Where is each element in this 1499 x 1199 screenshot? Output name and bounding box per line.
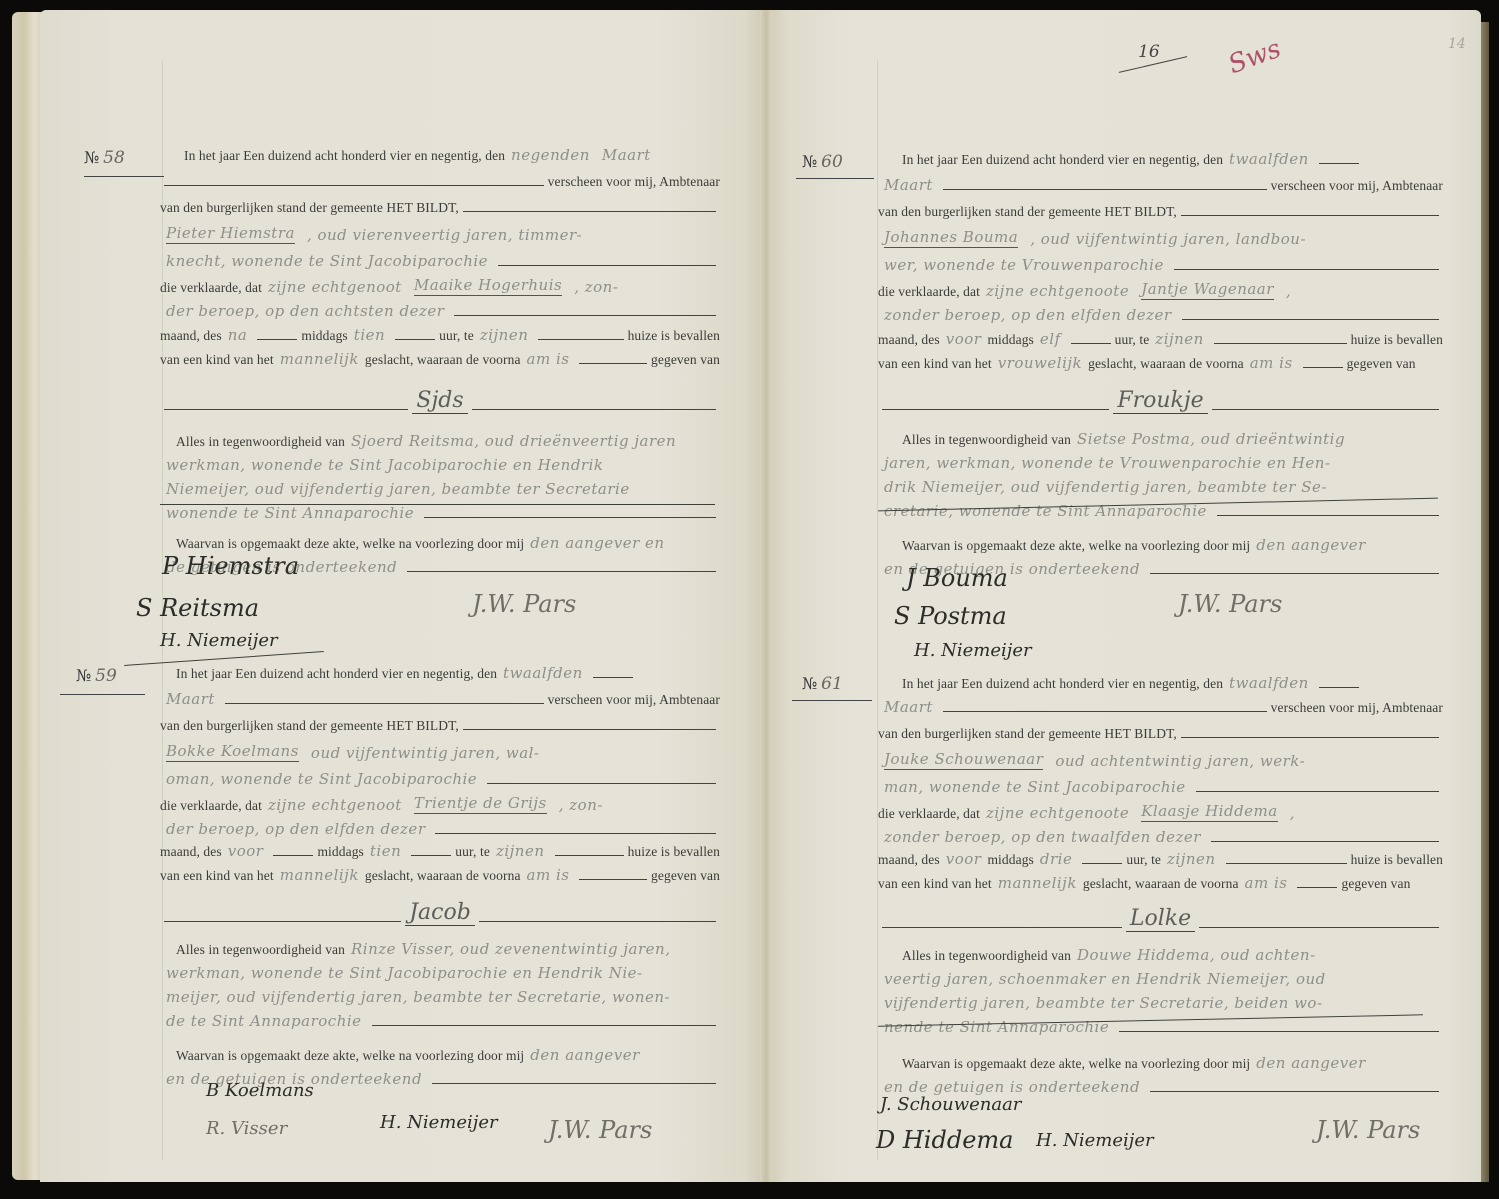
declarant-name: Johannes Bouma (884, 228, 1018, 248)
entry-number: №58 (84, 148, 125, 168)
child-name: Sjds (412, 388, 467, 414)
book-gutter (760, 10, 772, 1182)
signature-registrar: J.W. Pars (1178, 590, 1282, 618)
signature-declarant: B Koelmans (206, 1080, 314, 1101)
entry-number-rule (60, 694, 145, 695)
signature-witness-1: S Postma (894, 602, 1007, 630)
entry-number: №61 (802, 674, 843, 694)
signature-registrar: J.W. Pars (472, 590, 576, 618)
signature-witness-1: S Reitsma (136, 594, 259, 622)
entry-number-rule (796, 178, 874, 179)
signature-registrar: J.W. Pars (548, 1116, 652, 1144)
signature-declarant: J. Schouwenaar (880, 1094, 1021, 1115)
declarant-name: Bokke Koelmans (166, 742, 299, 762)
signature-declarant: J Bouma (906, 564, 1008, 592)
child-name: Lolke (1126, 906, 1195, 932)
signature-registrar: J.W. Pars (1316, 1116, 1420, 1144)
mother-name: Klaasje Hiddema (1141, 802, 1278, 822)
page-number: 16 (1138, 42, 1160, 62)
signature-witness-2: H. Niemeijer (914, 640, 1032, 661)
declarant-name: Pieter Hiemstra (166, 224, 295, 244)
signature-witness-1: D Hiddema (876, 1126, 1013, 1154)
book-cover-edge (1481, 22, 1489, 1182)
section-separator (160, 504, 715, 505)
signature-declarant: P Hiemstra (162, 552, 299, 580)
mother-name: Trientje de Grijs (414, 794, 547, 814)
register-book: 16 Sws 14 №58 In het jaar Een duizend ac… (0, 0, 1499, 1199)
mother-name: Maaike Hogerhuis (414, 276, 562, 296)
entry-number-rule (792, 700, 872, 701)
mother-name: Jantje Wagenaar (1141, 280, 1274, 300)
entry-number-rule (84, 176, 164, 177)
child-name: Jacob (405, 900, 475, 926)
corner-annotation: 14 (1448, 36, 1466, 52)
declarant-name: Jouke Schouwenaar (884, 750, 1043, 770)
signature-witness-1: R. Visser (206, 1118, 287, 1139)
entry-number: №60 (802, 152, 843, 172)
entry-number: №59 (76, 666, 117, 686)
signature-witness-2: H. Niemeijer (380, 1112, 498, 1133)
child-name: Froukje (1113, 388, 1207, 414)
signature-witness-2: H. Niemeijer (160, 630, 278, 651)
signature-witness-2: H. Niemeijer (1036, 1130, 1154, 1151)
